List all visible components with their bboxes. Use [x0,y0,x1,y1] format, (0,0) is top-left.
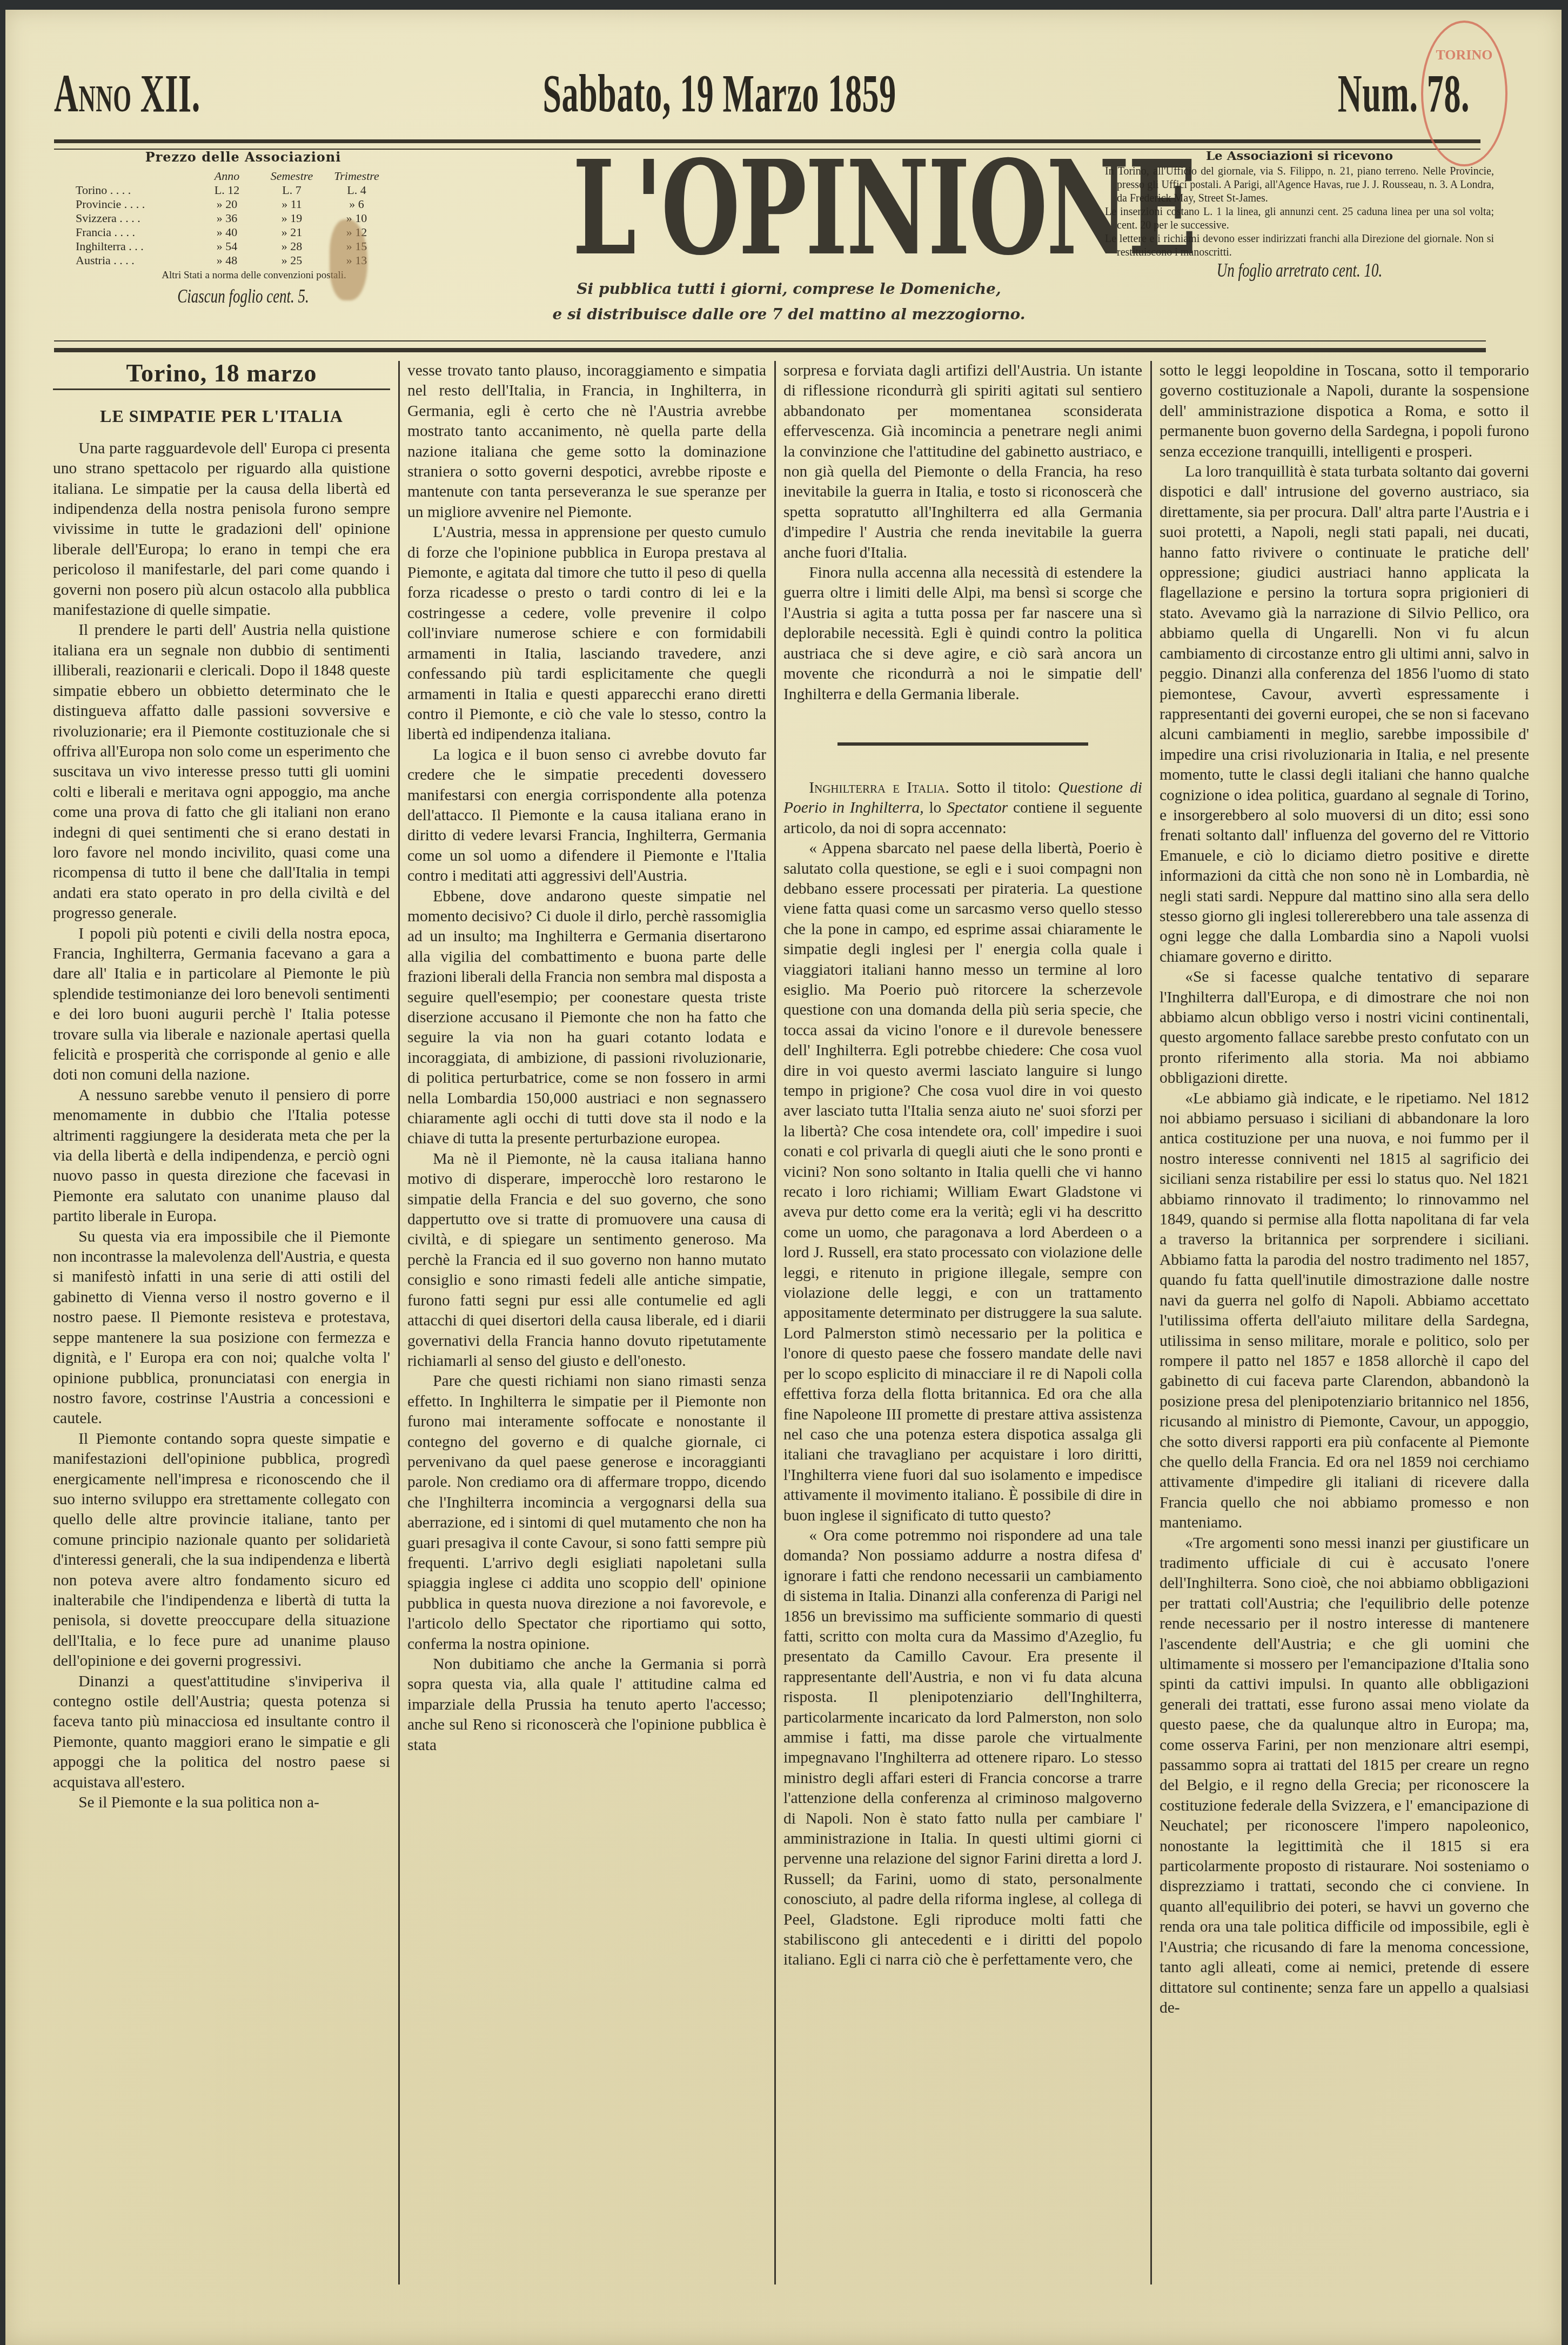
paragraph: Ebbene, dove andarono queste simpatie ne… [407,887,766,1149]
price-anno: » 20 [195,197,259,211]
info-insertions: Le inserzioni costano L. 1 la linea, gli… [1105,205,1494,232]
second-article-intro: Inghilterra e Italia. Sotto il titolo: Q… [783,778,1142,839]
price-semestre: » 11 [259,197,324,211]
paragraph: L'Austria, messa in apprensione per ques… [407,522,766,745]
prices-row: Svizzera . . . .» 36» 19» 10 [76,211,411,225]
red-postal-stamp: TORINO [1421,21,1507,166]
paragraph: «Tre argomenti sono messi inanzi per giu… [1160,1533,1529,2019]
publication-note-line2: e si distribuisce dalle ore 7 del mattin… [508,305,1070,323]
paragraph: Dinanzi a quest'attitudine s'inviperiva … [53,1672,390,1793]
paragraph: I popoli più potenti e civili della nost… [53,924,390,1086]
prices-col-blank [76,169,195,183]
newspaper-page: Anno XII. Sabbato, 19 Marzo 1859 Num. 78… [5,10,1562,2345]
newspaper-title: L'OPINIONE [573,151,1000,265]
region: Inghilterra . . . [76,239,195,253]
region: Provincie . . . . [76,197,195,211]
article-title: LE SIMPATIE PER L'ITALIA [53,406,390,426]
subscription-prices: Prezzo delle Associazioni Anno Semestre … [76,149,411,333]
info-offices: In Torino, all'Ufficio del giornale, via… [1105,165,1494,205]
stamp-text: TORINO [1436,47,1493,63]
price-trimestre: L. 4 [324,183,389,197]
price-anno: » 40 [195,225,259,239]
section-divider [837,742,1089,746]
paragraph: Non dubitiamo che anche la Germania si p… [407,1654,766,1756]
back-issue-price: Un foglio arretrato cent. 10. [1154,264,1445,277]
price-semestre: » 21 [259,225,324,239]
paragraph: Una parte ragguardevole dell' Europa ci … [53,439,390,621]
paragraph: Ma nè il Piemonte, nè la causa italiana … [407,1149,766,1371]
article-columns: Torino, 18 marzo LE SIMPATIE PER L'ITALI… [49,361,1529,2339]
paragraph: sotto le leggi leopoldine in Toscana, so… [1160,361,1529,462]
article-dateline: Torino, 18 marzo [53,363,390,383]
subscription-info: Le Associazioni si ricevono In Torino, a… [1105,149,1494,277]
price-anno: » 36 [195,211,259,225]
paragraph: Il prendere le parti dell' Austria nella… [53,620,390,923]
paragraph: A nessuno sarebbe venuto il pensiero di … [53,1086,390,1227]
paragraph: vesse trovato tanto plauso, incoraggiame… [407,361,766,522]
region: Francia . . . . [76,225,195,239]
price-trimestre: » 6 [324,197,389,211]
paragraph: Se il Piemonte e la sua politica non a- [53,1793,390,1813]
column-2: vesse trovato tanto plauso, incoraggiame… [403,361,770,2339]
prices-col-semestre: Semestre [259,169,324,183]
prices-col-trimestre: Trimestre [324,169,389,183]
masthead-dateline: Anno XII. Sabbato, 19 Marzo 1859 Num. 78… [54,61,1470,120]
column-4: sotto le leggi leopoldine in Toscana, so… [1155,361,1533,2339]
paragraph: Il Piemonte contando sopra queste simpat… [53,1429,390,1672]
paragraph: La loro tranquillità è stata turbata sol… [1160,462,1529,967]
prices-row: Provincie . . . .» 20» 11» 6 [76,197,411,211]
single-copy-price: Ciascun foglio cent. 5. [118,285,369,307]
paragraph: Finora nulla accenna alla necessità di e… [783,563,1142,705]
paragraph: La logica e il buon senso ci avrebbe dov… [407,745,766,887]
prices-row: Torino . . . .L. 12L. 7L. 4 [76,183,411,197]
region: Svizzera . . . . [76,211,195,225]
paragraph: « Ora come potremmo noi rispondere ad un… [783,1526,1142,1971]
region: Austria . . . . [76,253,195,267]
paragraph: «Se si facesse qualche tentativo di sepa… [1160,967,1529,1088]
second-article-heading: Inghilterra e Italia. [809,779,949,796]
column-1: Torino, 18 marzo LE SIMPATIE PER L'ITALI… [49,361,394,2339]
dateline-rule [53,388,390,390]
masthead-bottom-rule [54,340,1486,352]
prices-heading: Prezzo delle Associazioni [76,149,411,165]
paragraph: «Le abbiamo già indicate, e le ripetiamo… [1160,1089,1529,1533]
issue-date: Sabbato, 19 Marzo 1859 [542,66,896,120]
price-anno: » 48 [195,253,259,267]
column-3: sorpresa e forviata dagli artifizi dell'… [779,361,1147,2339]
prices-col-anno: Anno [195,169,259,183]
paragraph: « Appena sbarcato nel paese della libert… [783,839,1142,1526]
info-letters: Le lettere e i richiami devono esser ind… [1105,232,1494,259]
publication-note-line1: Si pubblica tutti i giorni, comprese le … [508,280,1070,298]
volume-year: Anno XII. [54,66,200,120]
prices-table-header: Anno Semestre Trimestre [76,169,411,183]
price-semestre: » 28 [259,239,324,253]
price-semestre: » 19 [259,211,324,225]
region: Torino . . . . [76,183,195,197]
intro-text: lo [929,799,941,816]
info-heading: Le Associazioni si ricevono [1105,149,1494,163]
intro-source: Spectator [947,799,1008,816]
price-semestre: » 25 [259,253,324,267]
paragraph: Pare che questi richiami non siano rimas… [407,1371,766,1654]
intro-text: Sotto il titolo: [956,779,1051,796]
price-semestre: L. 7 [259,183,324,197]
paper-stain [330,219,367,300]
paragraph: sorpresa e forviata dagli artifizi dell'… [783,361,1142,563]
paragraph: Su questa via era impossibile che il Pie… [53,1227,390,1429]
price-anno: L. 12 [195,183,259,197]
price-anno: » 54 [195,239,259,253]
